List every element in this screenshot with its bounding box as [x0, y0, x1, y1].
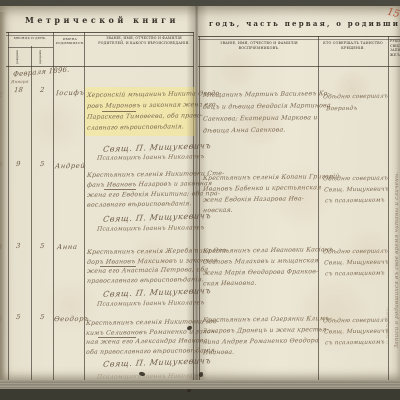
entry-baptism-day: 2 — [40, 87, 45, 94]
entry-parents-line: доръ Ивановъ Максимовъ и законная — [87, 258, 218, 266]
entry-godparents-line: бецъ и дѣвица Ѳеодосія Мартинова — [203, 103, 331, 111]
entry-godparents-line: Иванова. — [203, 350, 235, 357]
entry-parents-line: жена его Анастасія Петрова; оба — [87, 267, 209, 275]
metrical-book-scan: Метрической книги годъ, часть первая, о … — [0, 0, 400, 400]
entry-officiant-line: Обѣдню совершалъ — [323, 250, 388, 257]
underlined-surname — [98, 337, 136, 338]
column-divider — [8, 32, 9, 380]
entry-officiant-line: съ псаломщикомъ — [325, 199, 385, 206]
entry-godparents-line: Крестьянинъ селенія Копани Григорій — [203, 174, 340, 182]
entry-godparents-line: жена Марія Ѳеодорова Франков- — [203, 269, 319, 277]
priest-signature: Свящ. П. Мищукевичъ — [102, 142, 211, 154]
column-header-godparents: Званіе, имя, отчество и фамилія воспріем… — [206, 41, 312, 51]
entry-parents-line: жена его Евдокія Никитина; оба пра- — [87, 191, 221, 199]
entry-child-name: Андрей — [55, 163, 86, 170]
entry-godparents-line: новская. — [203, 208, 233, 215]
psalmist-signature: Псаломщикъ Іоаннъ Николаевъ — [97, 225, 205, 233]
entry-parents-line: православнаго вѣроисповѣданія. — [87, 277, 204, 285]
left-page-title: Метрической книги — [25, 15, 165, 25]
table-top-border — [198, 36, 400, 37]
entry-child-name: Анна — [57, 244, 78, 251]
column-header-baptism-vertical: крещенія — [38, 50, 42, 64]
underlined-surname — [102, 111, 136, 112]
psalmist-signature: Псаломщикъ Іоаннъ Николаевъ — [97, 300, 205, 308]
entry-birth-day: 9 — [16, 161, 21, 168]
priest-signature: Свящ. П. Мищукевичъ — [102, 287, 211, 299]
right-page-title: годъ, часть первая, о родившихся — [209, 19, 400, 28]
underlined-surname — [100, 266, 136, 267]
entry-officiant-line: Обѣдню совершалъ — [323, 177, 388, 184]
entry-officiant-line: Обѣдню совершалъ — [323, 95, 388, 102]
entry-godparents-line: Саенкова; Екатерина Маркова и — [203, 115, 318, 123]
page-block-edge — [0, 380, 400, 389]
entry-birth-day: 5 — [16, 314, 21, 321]
entry-officiant-line: съ псаломщикомъ — [325, 341, 385, 348]
entry-month-label: Января — [11, 80, 29, 84]
entry-officiant-line: Обѣдню совершалъ — [323, 319, 388, 326]
column-header-date: Мѣсяцъ и день. — [8, 36, 52, 40]
entry-parents-line: оба православнаго вѣроисповѣданія. — [86, 348, 217, 356]
entry-godparents-line: Ивановъ Бабенко и крестьянская — [203, 185, 322, 193]
ink-blot — [199, 372, 203, 377]
entry-godparents-line: Осиповъ Малаховъ и мѣщанская — [203, 258, 319, 266]
entry-godparents-line: дѣвица Анна Саенкова. — [203, 127, 286, 134]
entry-parents-line: ная жена его Александра Иванова; — [86, 338, 210, 346]
entry-parents-line: кимъ Селивановъ Романенко и закон- — [86, 329, 218, 337]
column-header-names: Имена родившихся. — [50, 37, 90, 46]
entry-godparents-line: Крестьянинъ села Озерянки Климъ — [203, 316, 330, 324]
priest-signature: Свящ. П. Мищукевичъ — [102, 357, 211, 369]
entry-child-name: Іосифъ — [56, 90, 85, 97]
entry-birth-day: 18 — [14, 87, 24, 94]
column-header-birth-vertical: рожденія — [15, 50, 19, 64]
column-divider — [53, 32, 54, 380]
column-header-witnesses: Рукоприкладство свидѣтелей записи по жел… — [390, 39, 400, 58]
column-divider — [31, 46, 32, 380]
entry-officiant-line: Воерандъ — [326, 107, 358, 113]
entry-child-name: Ѳеодоръ — [54, 316, 90, 323]
entry-officiant-line: Свящ. Мищукевичъ — [324, 330, 389, 337]
month-heading: Февраля 1896. — [13, 67, 70, 79]
entry-godparents-line: жена Евдокія Назарова Ива- — [203, 196, 305, 204]
table-top-border — [6, 32, 194, 33]
column-header-parents: Званіе, имя, отчество и фамилія родителе… — [97, 36, 191, 46]
entry-officiant-line: Свящ. Мищукевичъ — [324, 188, 389, 195]
entry-baptism-day: 5 — [40, 243, 45, 250]
entry-godparents-line: Захаровъ Дронецъ и жена крестья- — [203, 327, 330, 335]
margin-note-vertical-2: и повѣрены. — [385, 305, 391, 345]
entry-godparents-line: Мѣщанинъ Мартинъ Васильевъ Ко- — [203, 91, 330, 99]
entry-birth-day: 3 — [16, 243, 21, 250]
entry-parents-line: ровъ Мироновъ и законная жена его — [87, 102, 216, 110]
entry-baptism-day: 5 — [40, 161, 45, 168]
ink-blot — [187, 389, 191, 392]
entry-parents-line: Херсонскій мѣщанинъ Никита Ѳеодо- — [87, 91, 222, 99]
psalmist-signature: Псаломщикъ Іоаннъ Николаевъ — [97, 154, 205, 162]
entry-godparents-line: ская Ивановна. — [203, 281, 257, 288]
left-page-cut-edge — [0, 12, 6, 386]
entry-baptism-day: 5 — [40, 314, 45, 321]
column-header-officiant: Кто совершалъ таинство крещенія. — [323, 41, 383, 51]
book-spread-paper: Метрической книги годъ, часть первая, о … — [0, 6, 400, 380]
entry-godparents-line: Крестьянинъ села Ивановки Касіанъ — [203, 247, 334, 255]
entry-parents-line: вославнаго вѣроисповѣданія. — [87, 201, 192, 209]
entry-godparents-line: нина Андрея Романенко Ѳеодора — [203, 338, 319, 346]
column-divider — [84, 32, 85, 380]
margin-note-vertical: Записи о родившихся въ свое время читаны… — [394, 171, 400, 349]
underlined-surname — [104, 189, 136, 190]
table-top-border-inner — [198, 39, 400, 40]
header-bottom-border — [198, 66, 400, 67]
header-bottom-border — [6, 66, 194, 67]
entry-officiant-line: Свящ. Мищукевичъ — [324, 261, 389, 268]
priest-signature: Свящ. П. Мищукевичъ — [102, 212, 211, 224]
entry-officiant-line: съ псаломщикомъ — [325, 272, 385, 279]
